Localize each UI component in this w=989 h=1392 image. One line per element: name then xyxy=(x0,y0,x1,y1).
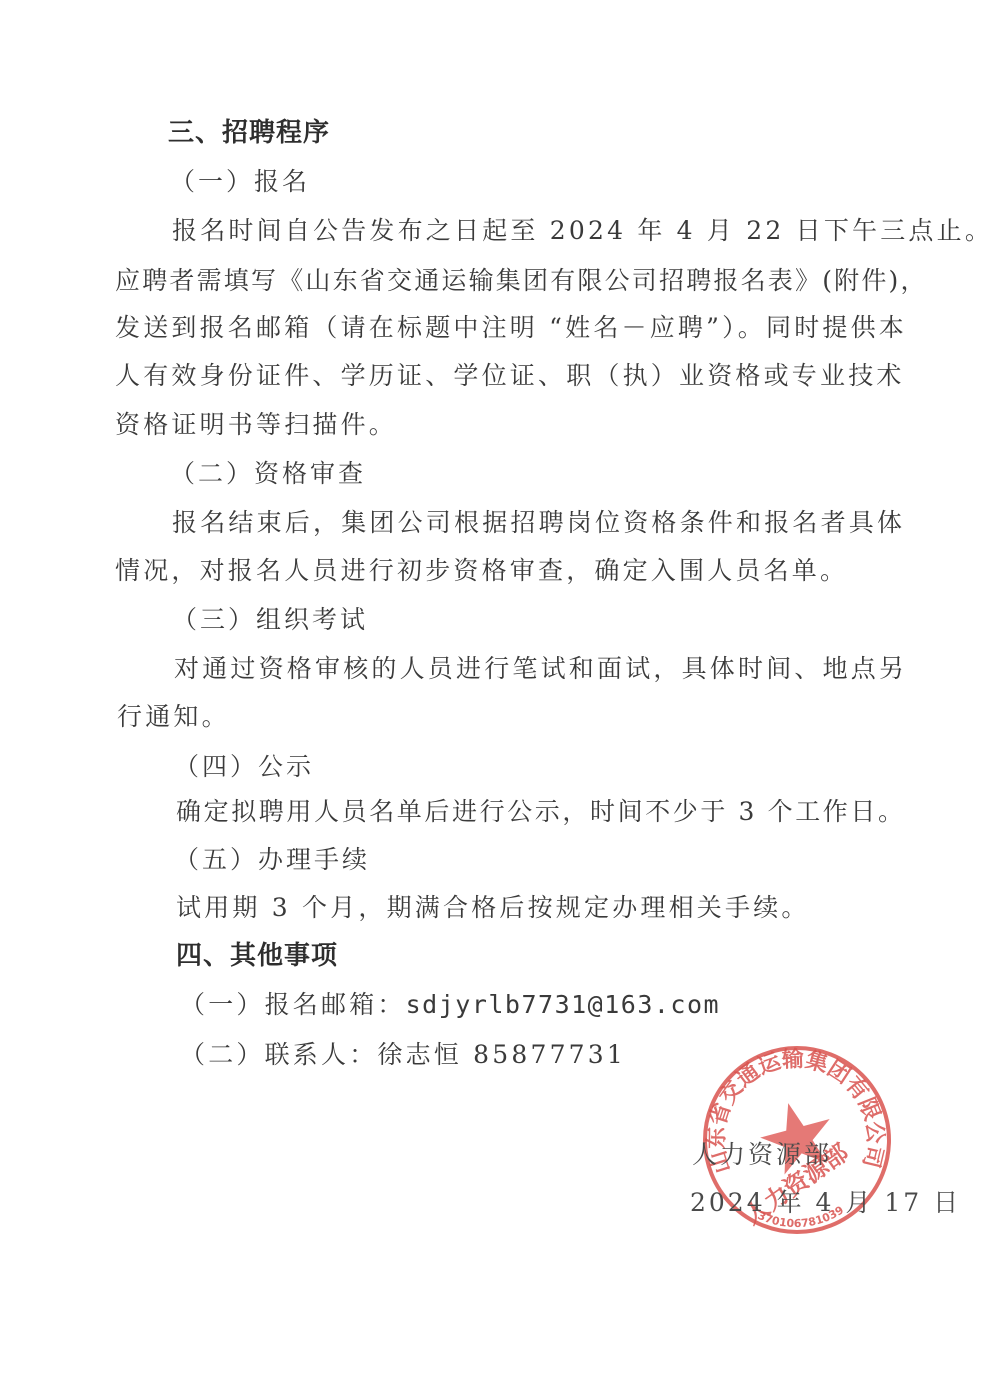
paragraph-line: 报名时间自公告发布之日起至 2024 年 4 月 22 日下午三点止。 xyxy=(172,216,989,246)
contact-row: （二）联系人：徐志恒 85877731 xyxy=(180,1040,626,1070)
paragraph-line: 确定拟聘用人员名单后进行公示，时间不少于 3 个工作日。 xyxy=(176,797,906,827)
paragraph-line: 人有效身份证件、学历证、学位证、职（执）业资格或专业技术 xyxy=(115,361,905,391)
subsection-title-procedures: （五）办理手续 xyxy=(174,845,370,875)
subsection-title-qualification-review: （二）资格审查 xyxy=(170,459,366,489)
section-heading-recruitment-procedure: 三、招聘程序 xyxy=(168,118,330,148)
paragraph-line: 资格证明书等扫描件。 xyxy=(115,410,397,440)
subsection-title-registration: （一）报名 xyxy=(170,167,310,197)
paragraph-line: 报名结束后，集团公司根据招聘岗位资格条件和报名者具体 xyxy=(172,508,905,538)
paragraph-line: 行通知。 xyxy=(117,702,230,732)
subsection-title-publicity: （四）公示 xyxy=(174,752,314,782)
paragraph-line: 试用期 3 个月，期满合格后按规定办理相关手续。 xyxy=(176,893,810,923)
signature-department: 人力资源部 xyxy=(692,1140,832,1170)
paragraph-line: 应聘者需填写《山东省交通运输集团有限公司招聘报名表》(附件)， xyxy=(115,266,928,296)
paragraph-line: 对通过资格审核的人员进行笔试和面试，具体时间、地点另 xyxy=(174,654,907,684)
email-row: （一）报名邮箱：sdjyrlb7731@163.com xyxy=(180,990,720,1020)
section-heading-other-matters: 四、其他事项 xyxy=(176,941,338,971)
email-address[interactable]: sdjyrlb7731@163.com xyxy=(406,990,720,1019)
paragraph-line: 发送到报名邮箱（请在标题中注明 “姓名－应聘”）。同时提供本 xyxy=(115,313,907,343)
subsection-title-examination: （三）组织考试 xyxy=(172,605,368,635)
contact-person: 徐志恒 85877731 xyxy=(377,1040,626,1069)
paragraph-line: 情况，对报名人员进行初步资格审查，确定入围人员名单。 xyxy=(115,556,848,586)
contact-label: （二）联系人： xyxy=(180,1040,377,1069)
email-label: （一）报名邮箱： xyxy=(180,990,406,1019)
signature-date: 2024 年 4 月 17 日 xyxy=(690,1188,961,1218)
